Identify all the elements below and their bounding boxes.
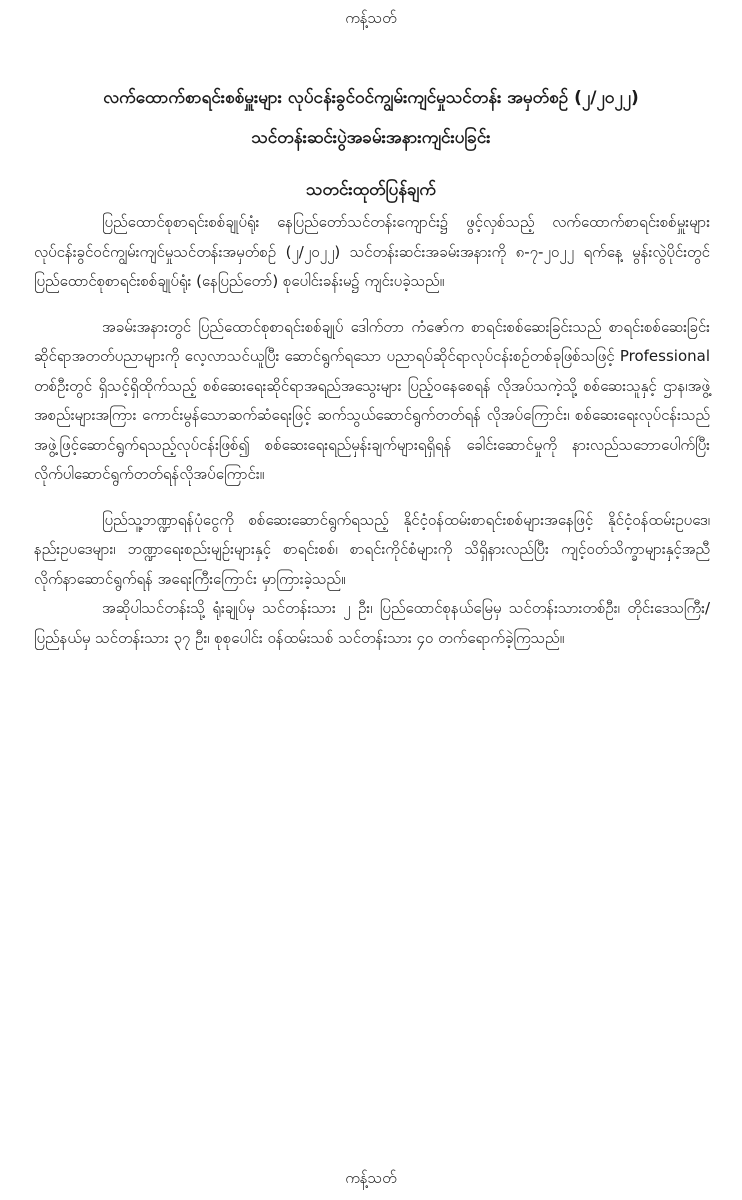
document-title-line-2: သင်တန်းဆင်းပွဲအခမ်းအနားကျင်းပခြင်း	[20, 118, 722, 158]
classification-label-top: ကန့်သတ်	[0, 8, 742, 28]
document-subtitle: သတင်းထုတ်ပြန်ချက်	[20, 170, 722, 210]
document-title-line-1: လက်ထောက်စာရင်းစစ်မှူးများ လုပ်ငန်းခွင်ဝင…	[20, 78, 722, 118]
paragraph-speech-continued: ပြည်သူ့ဘဏ္ဍာရန်ပုံငွေကို စစ်ဆေးဆောင်ရွက်…	[34, 506, 710, 595]
paragraph-speech: အခမ်းအနားတွင် ပြည်ထောင်စုစာရင်းစစ်ချုပ် …	[34, 313, 710, 490]
document-body: ပြည်ထောင်စုစာရင်းစစ်ချုပ်ရုံး နေပြည်တော်…	[34, 208, 710, 653]
title-block: လက်ထောက်စာရင်းစစ်မှူးများ လုပ်ငန်းခွင်ဝင…	[20, 78, 722, 210]
classification-label-bottom: ကန့်သတ်	[0, 1168, 742, 1188]
paragraph-attendance: အဆိုပါသင်တန်းသို့ ရုံးချုပ်မှ သင်တန်းသား…	[34, 594, 710, 653]
press-release-page: ကန့်သတ် လက်ထောက်စာရင်းစစ်မှူးများ လုပ်ငန…	[0, 0, 742, 1200]
paragraph-ceremony-intro: ပြည်ထောင်စုစာရင်းစစ်ချုပ်ရုံး နေပြည်တော်…	[34, 208, 710, 297]
